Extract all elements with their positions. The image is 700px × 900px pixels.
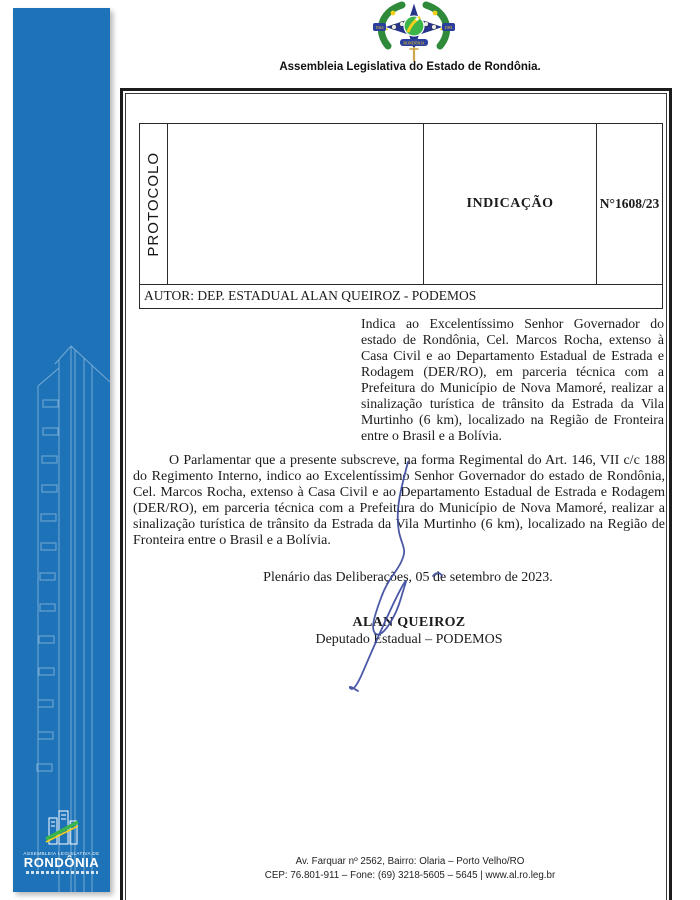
emblem-year-right: 1981	[445, 25, 453, 30]
coat-of-arms-rondonia: 1943 1981 RONDÔNIA	[371, 0, 457, 63]
signer-name: ALAN QUEIROZ	[153, 615, 665, 631]
alero-logo: ASSEMBLEIA LEGISLATIVA DE RONDÔNIA	[13, 808, 110, 874]
logo-line1: ASSEMBLEIA LEGISLATIVA DE	[13, 851, 110, 856]
signature-block: ALAN QUEIROZ Deputado Estadual – PODEMOS	[131, 615, 665, 648]
protocol-row: PROTOCOLO INDICAÇÃO N°1608/23	[140, 124, 662, 284]
date-line: Plenário das Deliberações, 05 de setembr…	[131, 570, 665, 586]
org-title: Assembleia Legislativa do Estado de Rond…	[130, 61, 690, 73]
footer-contact: CEP: 76.801-911 – Fone: (69) 3218-5605 –…	[130, 869, 690, 883]
signer-title: Deputado Estadual – PODEMOS	[153, 632, 665, 648]
logo-tagline-microtext	[26, 871, 98, 874]
building-outline-sketch	[13, 8, 110, 892]
doc-number-cell: N°1608/23	[597, 124, 662, 284]
sidebar-blue-band: ASSEMBLEIA LEGISLATIVA DE RONDÔNIA	[13, 8, 110, 892]
doc-type-cell: INDICAÇÃO	[424, 124, 597, 284]
footer: Av. Farquar nº 2562, Bairro: Olaria – Po…	[130, 855, 690, 882]
logo-line2: RONDÔNIA	[13, 856, 110, 869]
emblem-year-left: 1943	[376, 25, 384, 30]
alero-buildings-icon	[43, 808, 81, 846]
protocol-stamp-area	[168, 124, 424, 284]
document-frame-inner-border: PROTOCOLO INDICAÇÃO N°1608/23 AUTOR: DEP…	[125, 93, 667, 900]
author-row: AUTOR: DEP. ESTADUAL ALAN QUEIROZ - PODE…	[140, 284, 662, 308]
protocol-table: PROTOCOLO INDICAÇÃO N°1608/23 AUTOR: DEP…	[139, 123, 663, 309]
document-frame: PROTOCOLO INDICAÇÃO N°1608/23 AUTOR: DEP…	[120, 88, 672, 900]
summary-paragraph: Indica ao Excelentíssimo Senhor Governad…	[361, 316, 664, 444]
protocolo-label: PROTOCOLO	[145, 152, 162, 257]
main-paragraph: O Parlamentar que a presente subscreve, …	[133, 453, 665, 549]
document-content: PROTOCOLO INDICAÇÃO N°1608/23 AUTOR: DEP…	[131, 99, 665, 648]
footer-address: Av. Farquar nº 2562, Bairro: Olaria – Po…	[130, 855, 690, 869]
emblem-ribbon-text: RONDÔNIA	[403, 40, 424, 45]
protocolo-cell: PROTOCOLO	[140, 124, 168, 284]
